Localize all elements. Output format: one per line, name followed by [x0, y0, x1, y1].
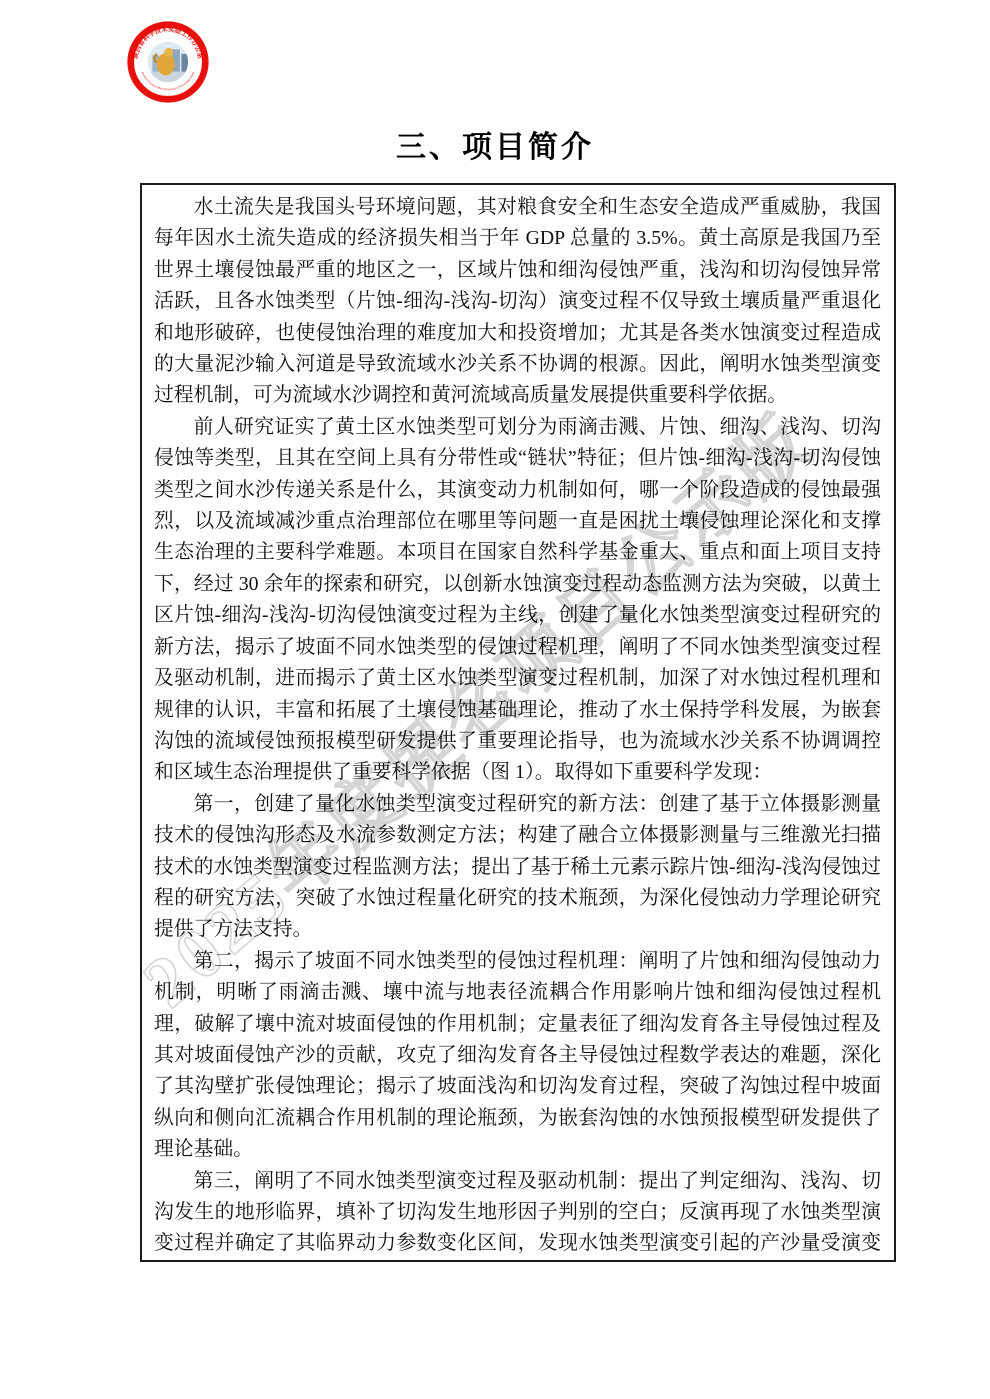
document-page: 2025年度提名项目公示版 陕西省科学技术奖励工作办公室 Shaanxi Pro…: [0, 0, 990, 1399]
paragraph-3: 第一，创建了量化水蚀类型演变过程研究的新方法：创建了基于立体摄影测量技术的侵蚀沟…: [154, 789, 881, 946]
paragraph-2: 前人研究证实了黄土区水蚀类型可划分为雨滴击溅、片蚀、细沟、浅沟、切沟侵蚀等类型，…: [154, 412, 881, 789]
paragraph-1: 水土流失是我国头号环境问题，其对粮食安全和生态安全造成严重威胁，我国每年因水土流…: [154, 192, 881, 412]
seal-photo: [148, 42, 188, 82]
paragraph-5: 第三，阐明了不同水蚀类型演变过程及驱动机制：提出了判定细沟、浅沟、切沟发生的地形…: [154, 1166, 881, 1262]
paragraph-4: 第二，揭示了坡面不同水蚀类型的侵蚀过程机理：阐明了片蚀和细沟侵蚀动力机制，明晰了…: [154, 946, 881, 1166]
seal-icon: 陕西省科学技术奖励工作办公室 Shaanxi Province Office O…: [127, 21, 209, 103]
award-office-seal-logo: 陕西省科学技术奖励工作办公室 Shaanxi Province Office O…: [127, 21, 209, 103]
gold-statue: [157, 53, 175, 75]
page-title: 三、项目简介: [0, 122, 990, 166]
content-box: 水土流失是我国头号环境问题，其对粮食安全和生态安全造成严重威胁，我国每年因水土流…: [140, 183, 896, 1262]
